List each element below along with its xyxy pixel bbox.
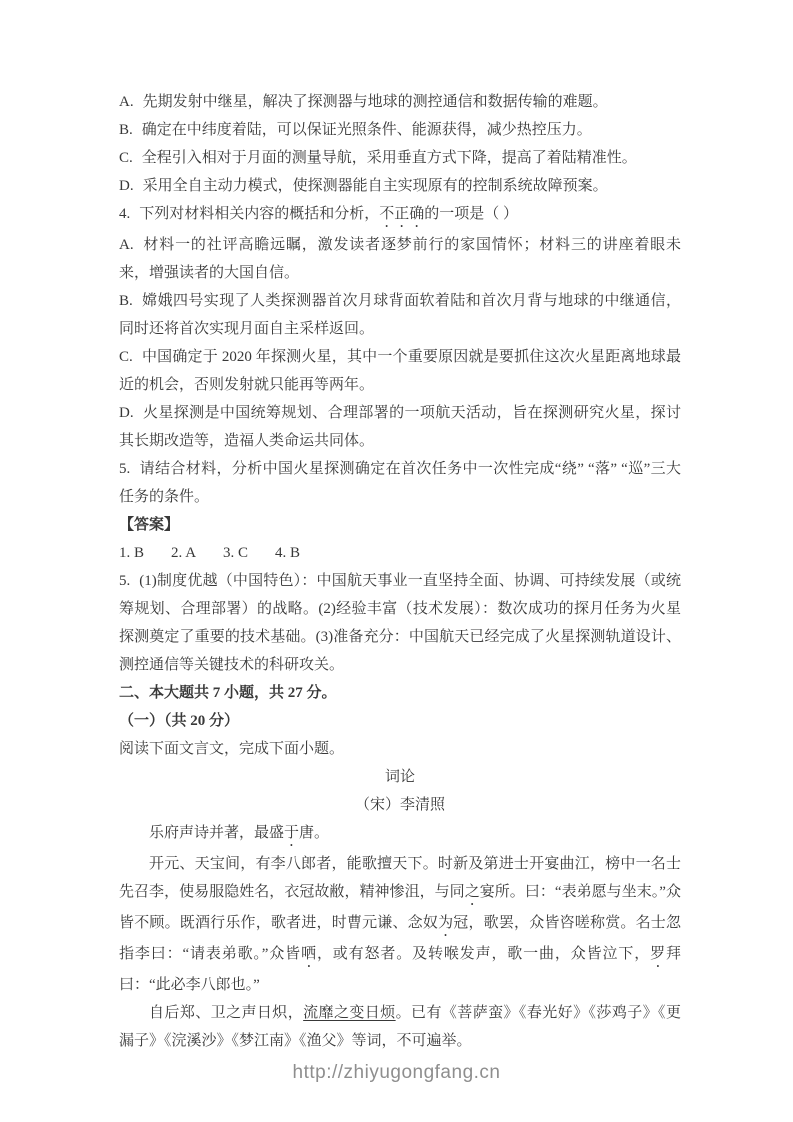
document-body: A.先期发射中继星，解决了探测器与地球的测控通信和数据传输的难题。 B.确定在中…	[119, 88, 681, 1055]
text-segment: 的一项是（ ）	[424, 206, 518, 222]
text-segment: 唐。	[299, 825, 329, 841]
text-segment: 乐府声诗并著，最盛	[149, 825, 284, 841]
question-5: 5.请结合材料，分析中国火星探测确定在首次任务中一次性完成“绕” “落” “巡”…	[119, 455, 681, 511]
passage-paragraph-1: 乐府声诗并著，最盛于唐。	[119, 819, 681, 850]
reading-instruction: 阅读下面文言文，完成下面小题。	[119, 735, 681, 763]
answer-section-header: 【答案】	[119, 511, 681, 539]
emphasis-dotted-text: 哂	[301, 946, 317, 962]
answer-number: 5.	[119, 573, 130, 589]
text-segment: 下列对材料相关内容的概括和分析，	[139, 206, 379, 222]
section-two-heading: 二、本大题共 7 小题，共 27 分。	[119, 679, 681, 707]
q3-option-b: B.确定在中纬度着陆，可以保证光照条件、能源获得，减少热控压力。	[119, 116, 681, 144]
q4-option-c: C.中国确定于 2020 年探测火星，其中一个重要原因就是要抓住这次火星距离地球…	[119, 343, 681, 399]
answer-q5: 5.(1)制度优越（中国特色）：中国航天事业一直坚持全面、协调、可持续发展（或统…	[119, 567, 681, 679]
question-number: 4.	[119, 206, 130, 222]
q4-option-b: B.嫦娥四号实现了人类探测器首次月球背面软着陆和首次月背与地球的中继通信，同时还…	[119, 287, 681, 343]
option-label: B.	[119, 122, 133, 138]
option-text: 先期发射中继星，解决了探测器与地球的测控通信和数据传输的难题。	[143, 94, 608, 110]
text-segment: 自后郑、卫之声日炽，	[149, 1005, 303, 1021]
option-text: 火星探测是中国统筹规划、合理部署的一项航天活动，旨在探测研究火星，探讨其长期改造…	[119, 405, 681, 449]
answer-item: 2. A	[171, 545, 196, 561]
watermark-url: http://zhiyugongfang.cn	[0, 1062, 793, 1084]
option-text: 嫦娥四号实现了人类探测器首次月球背面软着陆和首次月背与地球的中继通信，同时还将首…	[119, 293, 681, 337]
option-text: 中国确定于 2020 年探测火星，其中一个重要原因就是要抓住这次火星距离地球最近…	[119, 349, 681, 393]
option-label: D.	[119, 405, 134, 421]
subsection-heading: （一）（共 20 分）	[119, 707, 681, 735]
option-label: C.	[119, 349, 133, 365]
option-label: C.	[119, 150, 133, 166]
answer-choices-line: 1. B2. A3. C4. B	[119, 539, 681, 567]
passage-paragraph-3: 自后郑、卫之声日炽，流靡之变日烦。已有《菩萨蛮》《春光好》《莎鸡子》《更漏子》《…	[119, 999, 681, 1055]
underlined-text: 流靡之变日烦	[303, 1005, 395, 1021]
text-segment: ，或有怒者。及转喉发声，歌一曲，众皆泣下，	[317, 946, 650, 962]
q3-option-a: A.先期发射中继星，解决了探测器与地球的测控通信和数据传输的难题。	[119, 88, 681, 116]
passage-title: 词论	[119, 763, 681, 791]
answer-item: 3. C	[223, 545, 248, 561]
question-text: 请结合材料，分析中国火星探测确定在首次任务中一次性完成“绕” “落” “巡”三大…	[119, 461, 681, 505]
option-label: A.	[119, 237, 134, 253]
option-text: 材料一的社评高瞻远瞩，激发读者逐梦前行的家国情怀；材料三的讲座着眼未来，增强读者…	[119, 237, 681, 281]
option-text: 采用全自主动力模式，使探测器能自主实现原有的控制系统故障预案。	[143, 178, 608, 194]
option-label: B.	[119, 293, 133, 309]
emphasis-dotted-text: 罗	[650, 946, 666, 962]
option-text: 全程引入相对于月面的测量导航，采用垂直方式下降，提高了着陆精准性。	[142, 150, 637, 166]
answer-text: (1)制度优越（中国特色）：中国航天事业一直坚持全面、协调、可持续发展（或统筹规…	[119, 573, 681, 673]
answer-item: 4. B	[275, 545, 300, 561]
q3-option-d: D.采用全自主动力模式，使探测器能自主实现原有的控制系统故障预案。	[119, 172, 681, 200]
option-label: D.	[119, 178, 134, 194]
emphasis-dotted-text: 之	[465, 884, 480, 900]
question-4: 4.下列对材料相关内容的概括和分析，不正确的一项是（ ）	[119, 200, 681, 231]
emphasis-dotted-text: 为	[438, 915, 453, 931]
passage-author: （宋）李清照	[119, 791, 681, 819]
option-label: A.	[119, 94, 134, 110]
question-number: 5.	[119, 461, 130, 477]
option-text: 确定在中纬度着陆，可以保证光照条件、能源获得，减少热控压力。	[142, 122, 592, 138]
q3-option-c: C.全程引入相对于月面的测量导航，采用垂直方式下降，提高了着陆精准性。	[119, 144, 681, 172]
answer-item: 1. B	[119, 545, 144, 561]
q4-option-a: A.材料一的社评高瞻远瞩，激发读者逐梦前行的家国情怀；材料三的讲座着眼未来，增强…	[119, 231, 681, 287]
exam-document-page: A.先期发射中继星，解决了探测器与地球的测控通信和数据传输的难题。 B.确定在中…	[0, 0, 793, 1122]
emphasis-dotted-text: 于	[284, 825, 299, 841]
passage-paragraph-2: 开元、天宝间，有李八郎者，能歌擅天下。时新及第进士开宴曲江，榜中一名士先召李，使…	[119, 850, 681, 999]
question-text: 下列对材料相关内容的概括和分析，不正确的一项是（ ）	[139, 206, 518, 222]
q4-option-d: D.火星探测是中国统筹规划、合理部署的一项航天活动，旨在探测研究火星，探讨其长期…	[119, 399, 681, 455]
emphasis-dotted-text: 不正确	[379, 206, 424, 222]
